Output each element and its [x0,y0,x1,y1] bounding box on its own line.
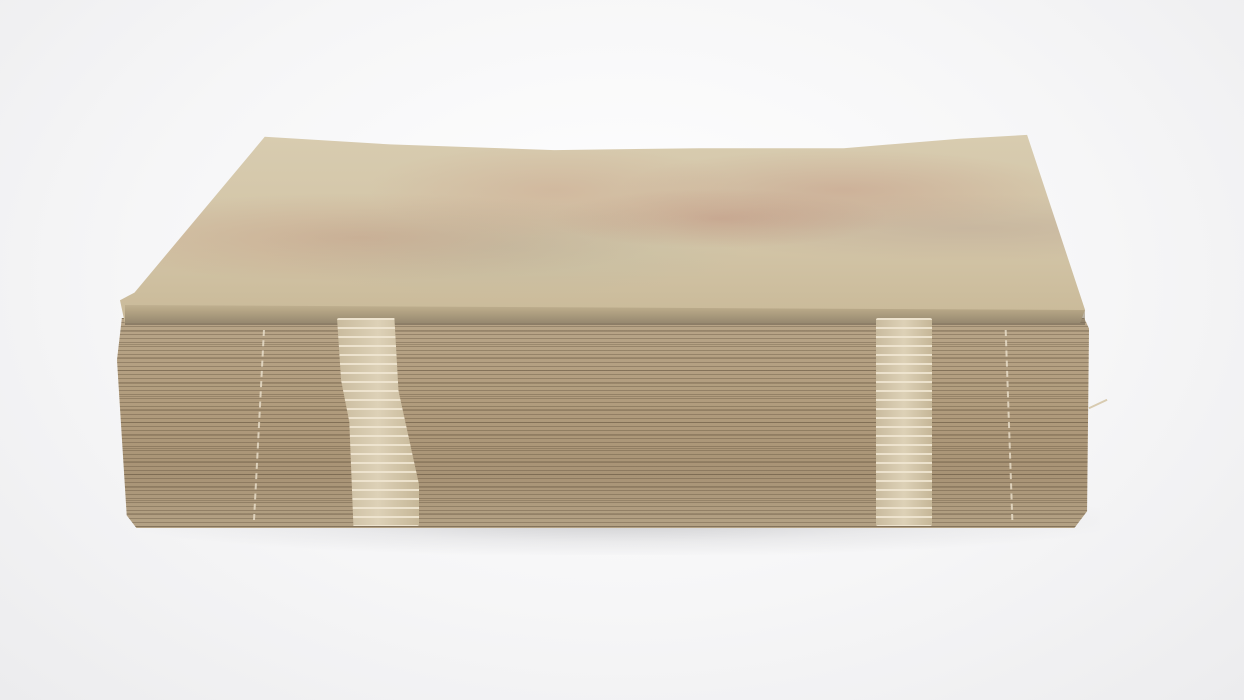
right-binding-band [876,318,932,526]
photo-scene [0,0,1244,700]
loose-thread-end [1089,399,1108,409]
marbled-paper-cover [120,133,1085,323]
